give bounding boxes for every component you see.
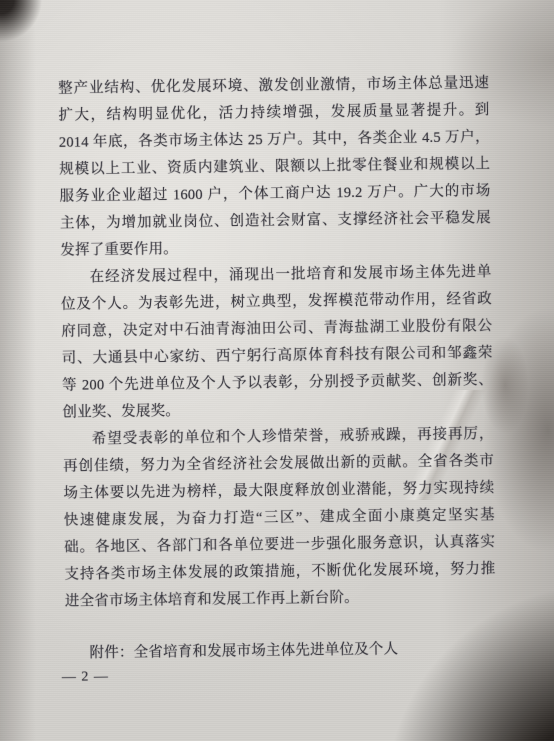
text-line: 主体，为增加就业岗位、创造社会财富、支撑经济社会平稳发展 bbox=[60, 205, 491, 238]
document-paragraphs: 整产业结构、优化发展环境、激发创业激情，市场主体总量迅速扩大，结构明显优化，活力… bbox=[58, 70, 496, 616]
text-line: 支持各类市场主体发展的政策措施，不断优化发展环境，努力推 bbox=[64, 556, 495, 589]
paragraph: 在经济发展过程中，涌现出一批培育和发展市场主体先进单位及个人。为表彰先进，树立典… bbox=[60, 259, 493, 427]
text-line: 等 200 个先进单位及个人予以表彰，分别授予贡献奖、创新奖、 bbox=[62, 367, 493, 400]
paragraph: 整产业结构、优化发展环境、激发创业激情，市场主体总量迅速扩大，结构明显优化，活力… bbox=[58, 70, 491, 265]
paragraph: 希望受表彰的单位和个人珍惜荣誉，戒骄戒躁，再接再厉，再创佳绩，努力为全省经济社会… bbox=[63, 421, 496, 616]
text-line: 进全省市场主体培育和发展工作再上新台阶。 bbox=[65, 583, 496, 616]
scanned-document-page: 整产业结构、优化发展环境、激发创业激情，市场主体总量迅速扩大，结构明显优化，活力… bbox=[0, 0, 554, 741]
document-text-block: 整产业结构、优化发展环境、激发创业激情，市场主体总量迅速扩大，结构明显优化，活力… bbox=[58, 70, 497, 690]
